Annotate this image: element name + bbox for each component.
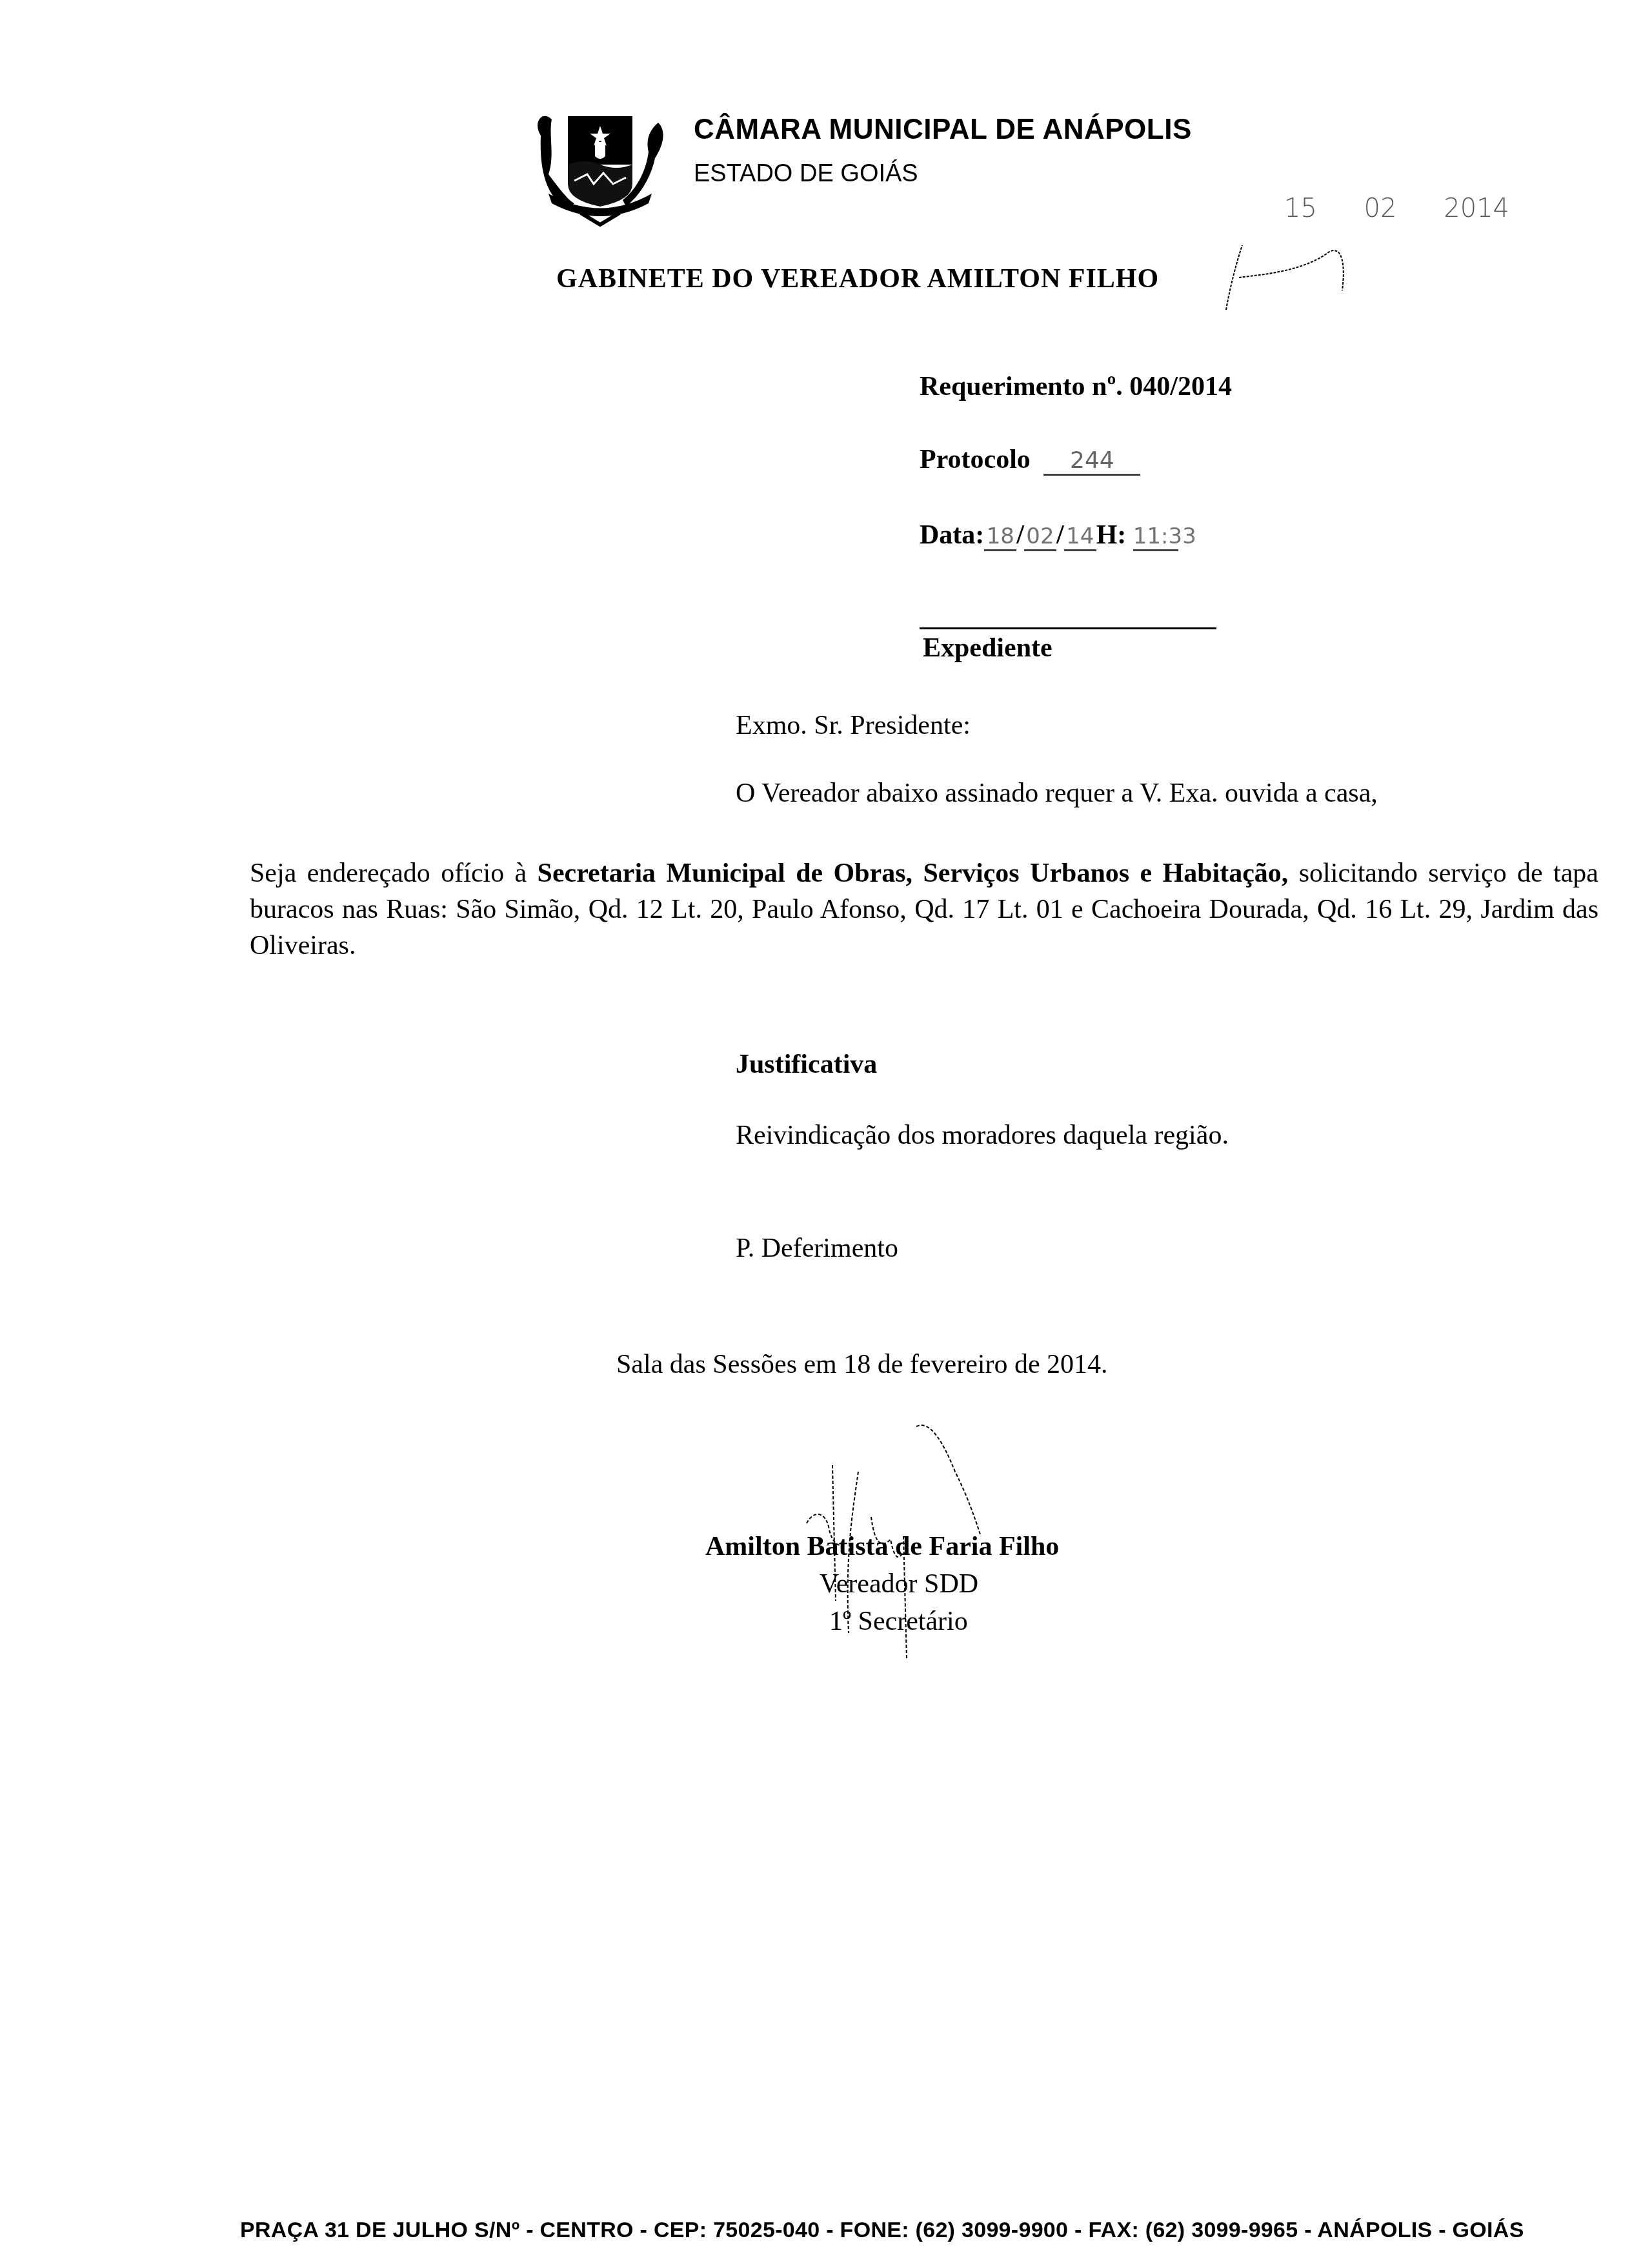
place-date: Sala das Sessões em 18 de fevereiro de 2…: [616, 1349, 1108, 1380]
protocolo-value: 244: [1043, 447, 1140, 476]
expediente-divider: [920, 627, 1216, 629]
data-field: Data:18/02/14H: 11:33: [920, 520, 1178, 551]
justificativa-heading: Justificativa: [736, 1049, 877, 1080]
handwritten-initials-icon: [1213, 239, 1355, 323]
justificativa-text: Reivindicação dos moradores daquela regi…: [736, 1120, 1229, 1151]
request-paragraph: Seja endereçado ofício à Secretaria Muni…: [250, 855, 1598, 964]
protocolo-field: Protocolo 244: [920, 444, 1140, 476]
requerimento-number: Requerimento nº. 040/2014: [920, 371, 1232, 402]
data-label: Data:: [920, 520, 984, 550]
expediente-label: Expediente: [923, 633, 1053, 664]
municipal-coat-of-arms-icon: [529, 97, 671, 232]
data-month: 02: [1024, 523, 1056, 551]
hora-value: 11:33: [1133, 523, 1178, 551]
hora-label: H:: [1096, 520, 1127, 550]
protocolo-label: Protocolo: [920, 445, 1031, 474]
signer-name: Amilton Batista de Faria Filho: [705, 1531, 1059, 1562]
org-name: CÂMARA MUNICIPAL DE ANÁPOLIS: [694, 114, 1192, 146]
signer-title: 1º Secretário: [829, 1606, 968, 1637]
footer-address: PRAÇA 31 DE JULHO S/Nº - CENTRO - CEP: 7…: [240, 2218, 1524, 2243]
salutation: Exmo. Sr. Presidente:: [736, 710, 971, 741]
data-day: 18: [984, 523, 1016, 551]
opening-line: O Vereador abaixo assinado requer a V. E…: [736, 778, 1378, 809]
data-year: 14: [1064, 523, 1096, 551]
org-state: ESTADO DE GOIÁS: [694, 160, 918, 188]
handwritten-date-mark: 15 02 2014: [1284, 194, 1509, 223]
paragraph-intro: Seja endereçado ofício à: [250, 858, 538, 888]
signer-role: Vereador SDD: [820, 1568, 978, 1599]
closing: P. Deferimento: [736, 1233, 898, 1264]
secretaria-name: Secretaria Municipal de Obras, Serviços …: [538, 858, 1289, 888]
office-heading: GABINETE DO VEREADOR AMILTON FILHO: [556, 263, 1159, 294]
